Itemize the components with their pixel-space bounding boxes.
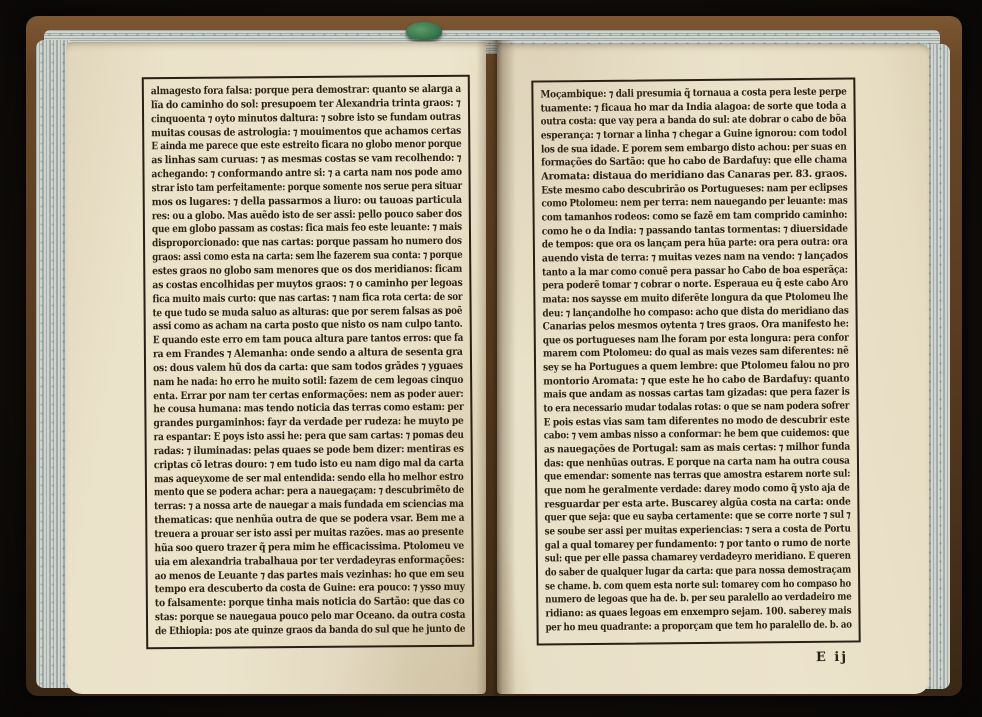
text-line: per ho meu quadrante: a proporçam que te… [545, 619, 807, 635]
text-line: de Ethiopia: pos ate quinze graos da ban… [155, 623, 421, 639]
photo-background: almagesto fora falsa: porque pera demost… [0, 0, 982, 717]
left-page: almagesto fora falsa: porque pera demost… [66, 42, 486, 694]
signature-mark: E ij [797, 650, 867, 666]
right-page: Moçambique: ⁊ dali presumia q̃ tornaua a… [497, 44, 929, 694]
left-text-frame: almagesto fora falsa: porque pera demost… [142, 75, 474, 650]
left-text-block: almagesto fora falsa: porque pera demost… [151, 83, 465, 643]
right-text-frame: Moçambique: ⁊ dali presumia q̃ tornaua a… [531, 77, 860, 645]
spine-headband [406, 22, 442, 40]
gutter-shadow [476, 40, 516, 696]
book-left-page-edges [36, 40, 70, 688]
right-text-block: Moçambique: ⁊ dali presumia q̃ tornaua a… [540, 86, 851, 640]
